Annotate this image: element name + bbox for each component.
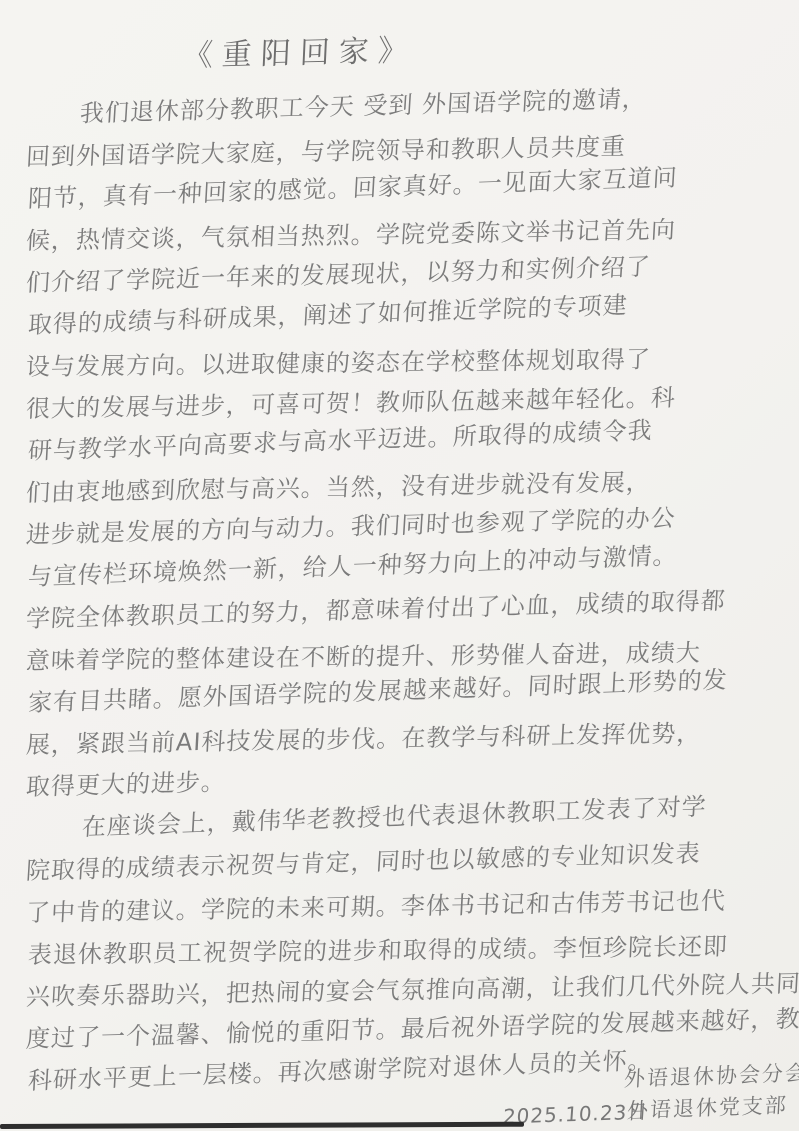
signature-association-line: 外语退休协会分会: [623, 1057, 799, 1093]
handwritten-letter-page: 《重阳回家》 我们退休部分教职工今天 受到 外国语学院的邀请， 回到外国语学院大…: [0, 0, 799, 1131]
page-title: 《重阳回家》: [182, 25, 418, 75]
date-text: 2025.10.23日: [502, 1095, 649, 1129]
scan-edge-shadow: [0, 1122, 524, 1129]
letter-body: 我们退休部分教职工今天 受到 外国语学院的邀请， 回到外国语学院大家庭，与学院领…: [26, 94, 788, 1102]
signature-party-branch-line: 外语退休党支部: [626, 1089, 788, 1125]
